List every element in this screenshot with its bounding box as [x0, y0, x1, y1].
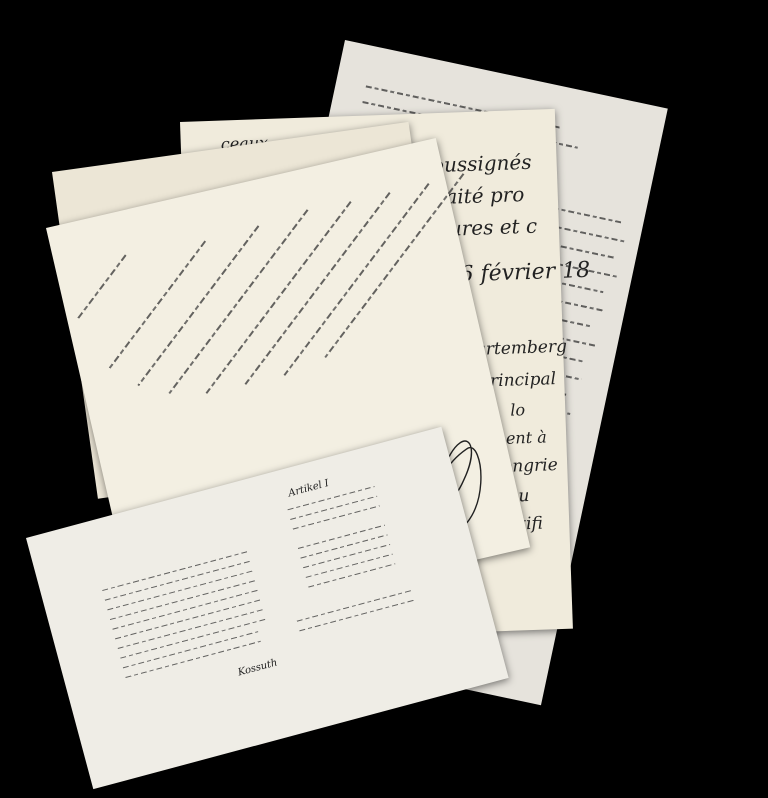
handwriting-line [303, 544, 390, 568]
handwriting-line [118, 609, 263, 649]
handwriting-line [297, 590, 413, 622]
handwriting-line [107, 571, 252, 611]
handwriting-line [77, 254, 127, 319]
handwriting-line [206, 201, 352, 394]
handwriting-line [168, 209, 308, 394]
handwriting-line [306, 554, 393, 578]
facsimile-heading: Artikel I [287, 478, 330, 499]
handwriting-line [300, 534, 387, 558]
handwriting-line [110, 580, 255, 620]
handwriting-line [298, 525, 385, 549]
handwriting-line [324, 173, 464, 358]
handwriting-line [105, 561, 250, 601]
handwriting-line [120, 619, 265, 659]
handwriting-line [115, 600, 260, 640]
handwriting-line [245, 192, 391, 385]
handwriting-line [290, 496, 377, 520]
fragment-lo: lo [510, 400, 525, 420]
facsimile-signature: Kossuth [237, 657, 279, 678]
handwriting-line [308, 563, 395, 587]
handwriting-line [293, 505, 380, 529]
handwriting-line [112, 590, 257, 630]
handwriting-line [123, 631, 258, 668]
handwriting-line [102, 551, 247, 591]
